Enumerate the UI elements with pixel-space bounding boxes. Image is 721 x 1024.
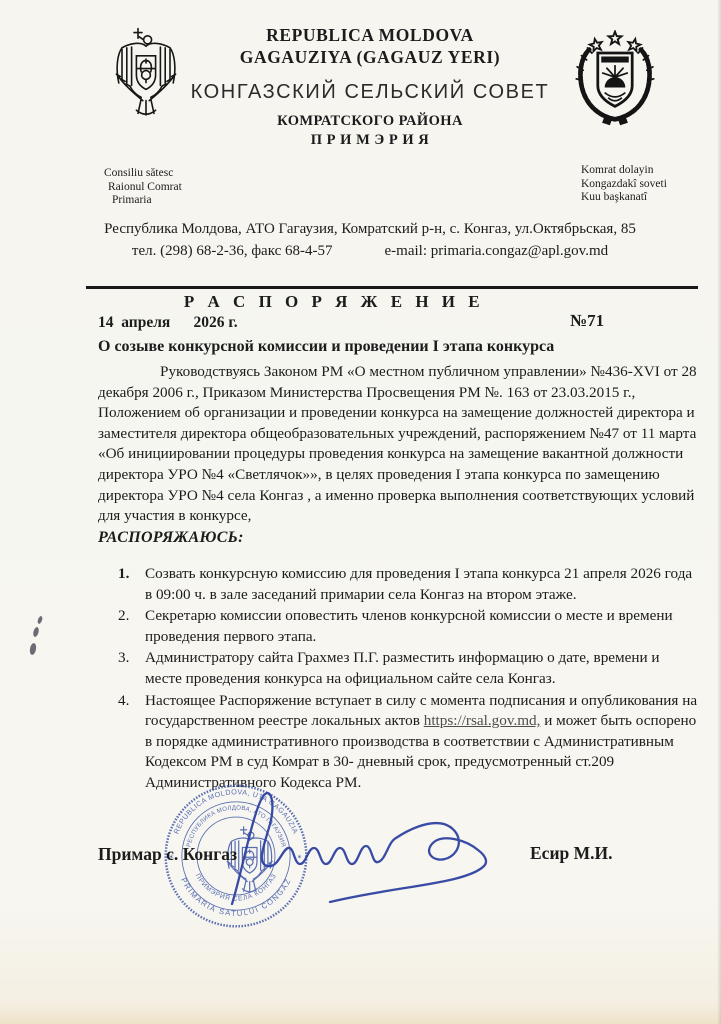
scanned-order-document: REPUBLICA MOLDOVA GAGAUZIYA (GAGAUZ YERI… bbox=[0, 0, 721, 1024]
romanian-office-block: Consiliu sătesc Raionul Comrat Primaria bbox=[104, 167, 182, 208]
romanian-line: Consiliu sătesc bbox=[104, 167, 182, 181]
primaria-title: П Р И М Э Р И Я bbox=[178, 132, 562, 149]
moldova-coat-of-arms-icon bbox=[106, 26, 186, 124]
item-number: 4. bbox=[118, 691, 129, 712]
scan-edge-shadow bbox=[717, 0, 721, 1024]
order-item: 3. Администратору сайта Грахмез П.Г. раз… bbox=[98, 648, 699, 689]
letterhead: REPUBLICA MOLDOVA GAGAUZIYA (GAGAUZ YERI… bbox=[178, 24, 562, 149]
address-line: Республика Молдова, АТО Гагаузия, Комрат… bbox=[50, 219, 690, 239]
gagauzia-name-latin: GAGAUZIYA (GAGAUZ YERI) bbox=[178, 46, 562, 68]
order-item: 2. Секретарю комиссии оповестить членов … bbox=[98, 606, 699, 647]
romanian-line: Raionul Comrat bbox=[104, 181, 182, 195]
order-preamble: Руководствуясь Законом РМ «О местном пуб… bbox=[98, 362, 697, 527]
gagauzia-coat-of-arms-icon bbox=[572, 30, 658, 126]
order-subject: О созыве конкурсной комиссии и проведени… bbox=[98, 338, 554, 356]
phone-fax: тел. (298) 68-2-36, факс 68-4-57 bbox=[132, 241, 333, 261]
email: e-mail: primaria.congaz@apl.gov.md bbox=[385, 241, 609, 261]
order-date: 14 апреля 2026 г. bbox=[98, 314, 238, 332]
gagauz-line: Komrat dolayin bbox=[581, 164, 667, 178]
registry-link[interactable]: https://rsal.gov.md, bbox=[424, 712, 541, 729]
item-number: 2. bbox=[118, 606, 129, 627]
romanian-line: Primaria bbox=[104, 194, 182, 208]
header-divider bbox=[86, 286, 698, 289]
gagauz-line: Kongazdakî soveti bbox=[581, 178, 667, 192]
item-number: 3. bbox=[118, 648, 129, 669]
handwritten-signature bbox=[196, 776, 496, 916]
item-text: Администратору сайта Грахмез П.Г. размес… bbox=[145, 649, 660, 687]
order-items-list: 1. Созвать конкурсную комиссию для прове… bbox=[98, 564, 699, 795]
item-text: Созвать конкурсную комиссию для проведен… bbox=[145, 565, 692, 603]
address-block: Республика Молдова, АТО Гагаузия, Комрат… bbox=[50, 219, 690, 261]
order-number: №71 bbox=[570, 311, 604, 331]
ink-smudge bbox=[26, 608, 54, 660]
signer-name: Есир М.И. bbox=[530, 843, 613, 864]
gagauz-line: Kuu başkanatî bbox=[581, 191, 667, 205]
council-name: КОНГАЗСКИЙ СЕЛЬСКИЙ СОВЕТ bbox=[178, 81, 562, 104]
resolve-word: РАСПОРЯЖАЮСЬ: bbox=[98, 529, 244, 547]
order-item: 1. Созвать конкурсную комиссию для прове… bbox=[98, 564, 699, 605]
order-type-heading: Р А С П О Р Я Ж Е Н И Е bbox=[0, 292, 668, 312]
item-text: Секретарю комиссии оповестить членов кон… bbox=[145, 607, 673, 645]
item-number: 1. bbox=[118, 564, 129, 585]
gagauz-office-block: Komrat dolayin Kongazdakî soveti Kuu baş… bbox=[581, 164, 667, 205]
republic-name-latin: REPUBLICA MOLDOVA bbox=[178, 24, 562, 46]
district-name: КОМРАТСКОГО РАЙОНА bbox=[178, 113, 562, 130]
